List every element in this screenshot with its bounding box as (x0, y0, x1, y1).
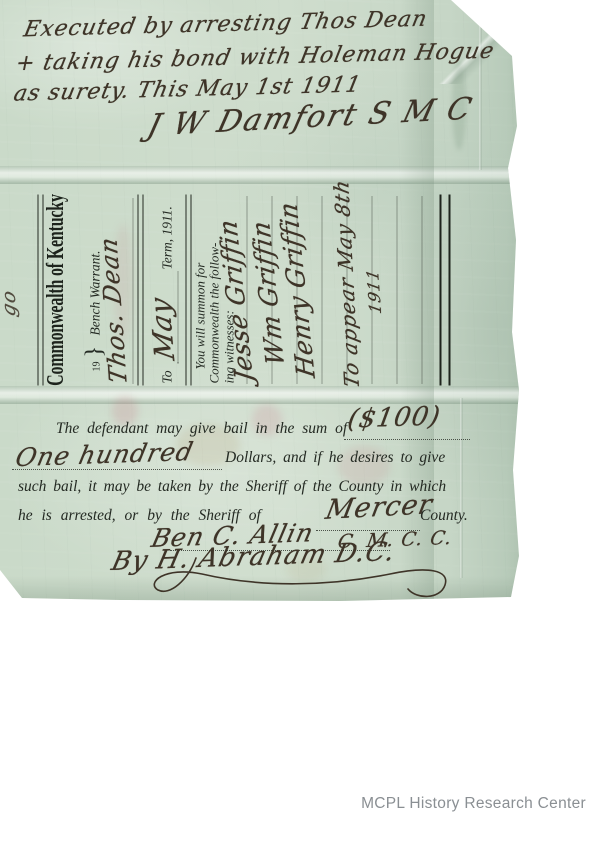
note-line-1: Executed by arresting Thos Dean (22, 7, 430, 43)
form-bottom-rule (440, 195, 451, 386)
term-suffix: Term, 1911. (160, 206, 176, 269)
fold-crease-bottom (0, 386, 522, 404)
county-name: Mercer (323, 489, 435, 526)
bail-text-2: Dollars, and if he desires to give (225, 449, 445, 467)
bench-warrant-form: Commonwealth of Kentucky 19 } Bench Warr… (38, 193, 450, 388)
form-dotted-line (421, 197, 423, 384)
term-value: May (144, 295, 181, 362)
form-dotted-line (321, 197, 323, 384)
watermark-text: MCPL History Research Center (361, 795, 586, 813)
vertical-crease-bottom-right (460, 398, 463, 578)
bail-text-1: The defendant may give bail in the sum o… (56, 420, 347, 438)
vertical-crease-top-right (479, 0, 482, 170)
form-rule (138, 195, 144, 386)
bail-amount-figures: ($100) (345, 401, 443, 434)
form-dotted-line (396, 197, 398, 384)
form-rule (186, 195, 192, 386)
bail-amount-words: One hundred (13, 437, 197, 472)
document-paper: Executed by arresting Thos Dean + taking… (0, 0, 522, 602)
docket-mark: 19 (92, 362, 103, 372)
form-header: Commonwealth of Kentucky (44, 193, 71, 388)
bail-dotted-line (344, 438, 470, 440)
margin-flourish: go (0, 288, 20, 318)
appearance-year: 1911 (363, 267, 385, 315)
appearance-note: To appear May 8th (329, 177, 364, 390)
bottom-edge-shadow (0, 576, 522, 602)
form-dotted-line (132, 199, 134, 384)
fold-crease-top (0, 166, 522, 184)
scanned-document-page: Executed by arresting Thos Dean + taking… (0, 0, 612, 843)
note-line-2: + taking his bond with Holeman Hogue (14, 39, 497, 77)
county-label: County. (420, 507, 468, 525)
to-label: To (160, 370, 176, 383)
